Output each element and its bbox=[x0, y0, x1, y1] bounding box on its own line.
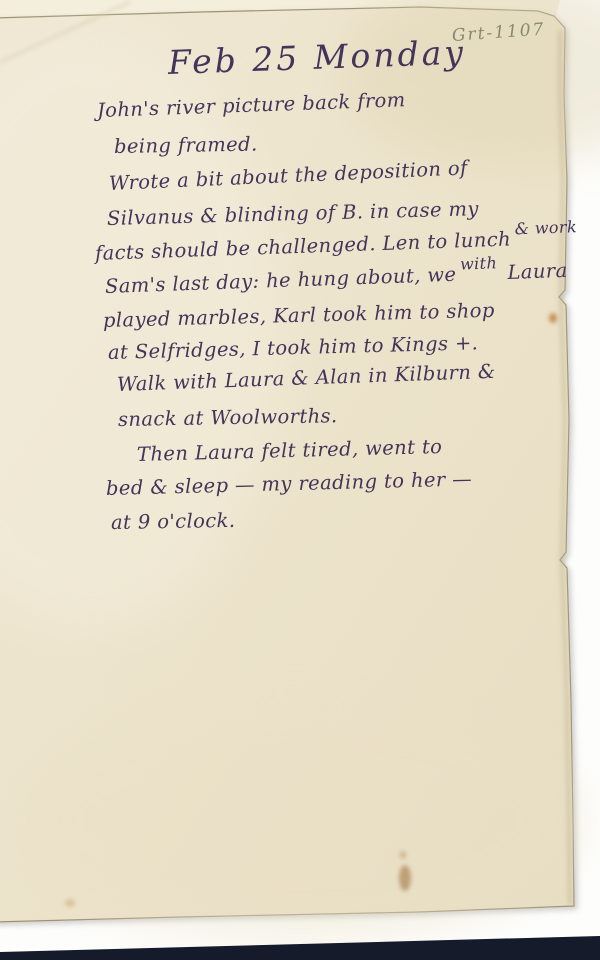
handwritten-line: Then Laura felt tired, went to bbox=[137, 437, 443, 464]
handwritten-line: bed & sleep — my reading to her — bbox=[106, 469, 473, 498]
handwriting-layer: Grt-1107 Feb 25 Monday John's river pict… bbox=[0, 0, 600, 960]
archive-number: Grt-1107 bbox=[451, 21, 546, 44]
handwritten-line: facts should be challenged. Len to lunch… bbox=[95, 227, 578, 263]
handwritten-line: being framed. bbox=[114, 134, 258, 156]
handwritten-line: at 9 o'clock. bbox=[111, 511, 236, 533]
handwritten-line: Wrote a bit about the deposition of bbox=[109, 158, 468, 193]
handwritten-line: played marbles, Karl took him to shop bbox=[103, 301, 495, 331]
scanned-diary-page: Grt-1107 Feb 25 Monday John's river pict… bbox=[0, 0, 600, 960]
line-text: Laura bbox=[507, 259, 568, 284]
handwritten-line: snack at Woolworths. bbox=[118, 406, 338, 429]
inserted-text: with bbox=[460, 253, 498, 273]
handwritten-line: Walk with Laura & Alan in Kilburn & bbox=[117, 362, 496, 395]
line-text: facts should be challenged. Len to lunch bbox=[95, 227, 512, 265]
handwritten-line: Sam's last day: he hung about, wewithLau… bbox=[105, 261, 568, 297]
date-heading: Feb 25 Monday bbox=[167, 36, 466, 79]
line-text: Sam's last day: he hung about, we bbox=[105, 263, 457, 298]
handwritten-line: John's river picture back from bbox=[97, 90, 406, 120]
inserted-text: & work bbox=[514, 217, 577, 238]
handwritten-line: at Selfridges, I took him to Kings +. bbox=[108, 333, 479, 362]
handwritten-line: Silvanus & blinding of B. in case my bbox=[107, 199, 479, 228]
